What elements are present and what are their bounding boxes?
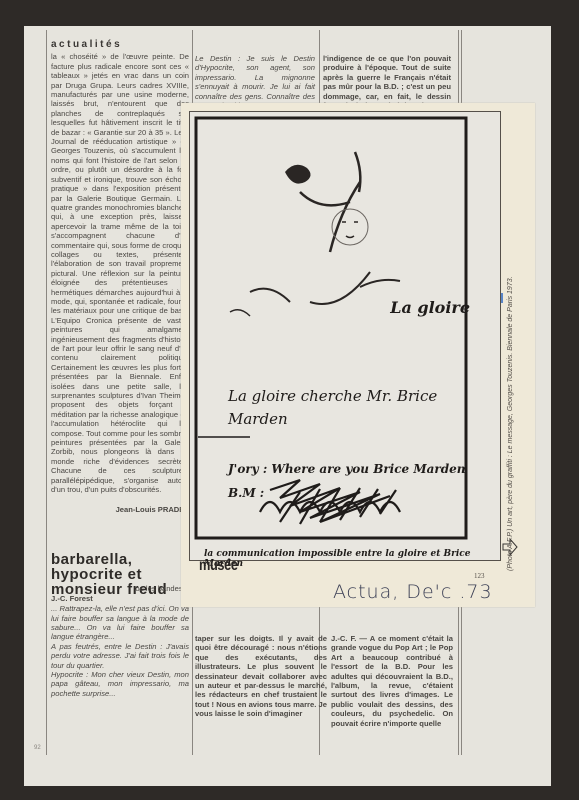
left-column: actualités la « choséité » de l'œuvre pe… bbox=[51, 40, 189, 698]
artwork-text-line: La gloire cherche Mr. Brice bbox=[228, 387, 437, 405]
artwork-question: J'ory : Where are you Brice Marden bbox=[228, 462, 465, 476]
outline-arrow-right-icon bbox=[502, 537, 518, 557]
section-label: musée bbox=[199, 557, 238, 575]
end-mark: ■ bbox=[51, 495, 189, 504]
artwork-title: La gloire bbox=[390, 298, 470, 317]
column-rule bbox=[46, 30, 47, 755]
highlight-mark bbox=[501, 293, 503, 303]
magazine-clipping: La gloire La gloire cherche Mr. Brice Ma… bbox=[181, 103, 535, 607]
artwork-image: La gloire La gloire cherche Mr. Brice Ma… bbox=[189, 111, 501, 561]
article-text: l'indigence de ce que l'on pouvait produ… bbox=[323, 54, 451, 110]
right-column-bottom: J.-C. F. — A ce moment c'était la grande… bbox=[331, 634, 453, 728]
byline: Jean-Louis PRADEL bbox=[51, 505, 189, 514]
photo-caption: (Photo A.F.P.) Un art, père du graffiti … bbox=[507, 276, 514, 571]
section-title: actualités bbox=[51, 40, 189, 49]
article-text: taper sur les doigts. Il y avait de quoi… bbox=[195, 634, 327, 719]
page-number: 123 bbox=[474, 572, 485, 580]
article-text: Le Destin : Je suis le Destin d'Hypocrit… bbox=[195, 54, 315, 110]
artwork-answer-label: B.M : bbox=[228, 486, 264, 500]
artwork-footer: la communication impossible entre la glo… bbox=[204, 549, 500, 569]
paragraph: ... Rattrapez-la, elle n'est pas d'ici. … bbox=[51, 604, 189, 642]
middle-column-top: Le Destin : Je suis le Destin d'Hypocrit… bbox=[195, 54, 315, 110]
article-text: J.-C. F. — A ce moment c'était la grande… bbox=[331, 634, 453, 728]
middle-column-bottom: taper sur les doigts. Il y avait de quoi… bbox=[195, 634, 327, 719]
handwritten-note: Actua, De'c .73 bbox=[333, 581, 493, 603]
paragraph: A pas feutrés, entre le Destin : J'avais… bbox=[51, 642, 189, 670]
artwork-text-line: Marden bbox=[228, 410, 288, 428]
page-folio: 92 bbox=[34, 745, 41, 751]
article-text: la « choséité » de l'œuvre peinte. De fa… bbox=[51, 52, 189, 494]
right-column-top: l'indigence de ce que l'on pouvait produ… bbox=[323, 54, 451, 110]
paragraph: Hypocrite : Mon cher vieux Destin, mon p… bbox=[51, 670, 189, 698]
